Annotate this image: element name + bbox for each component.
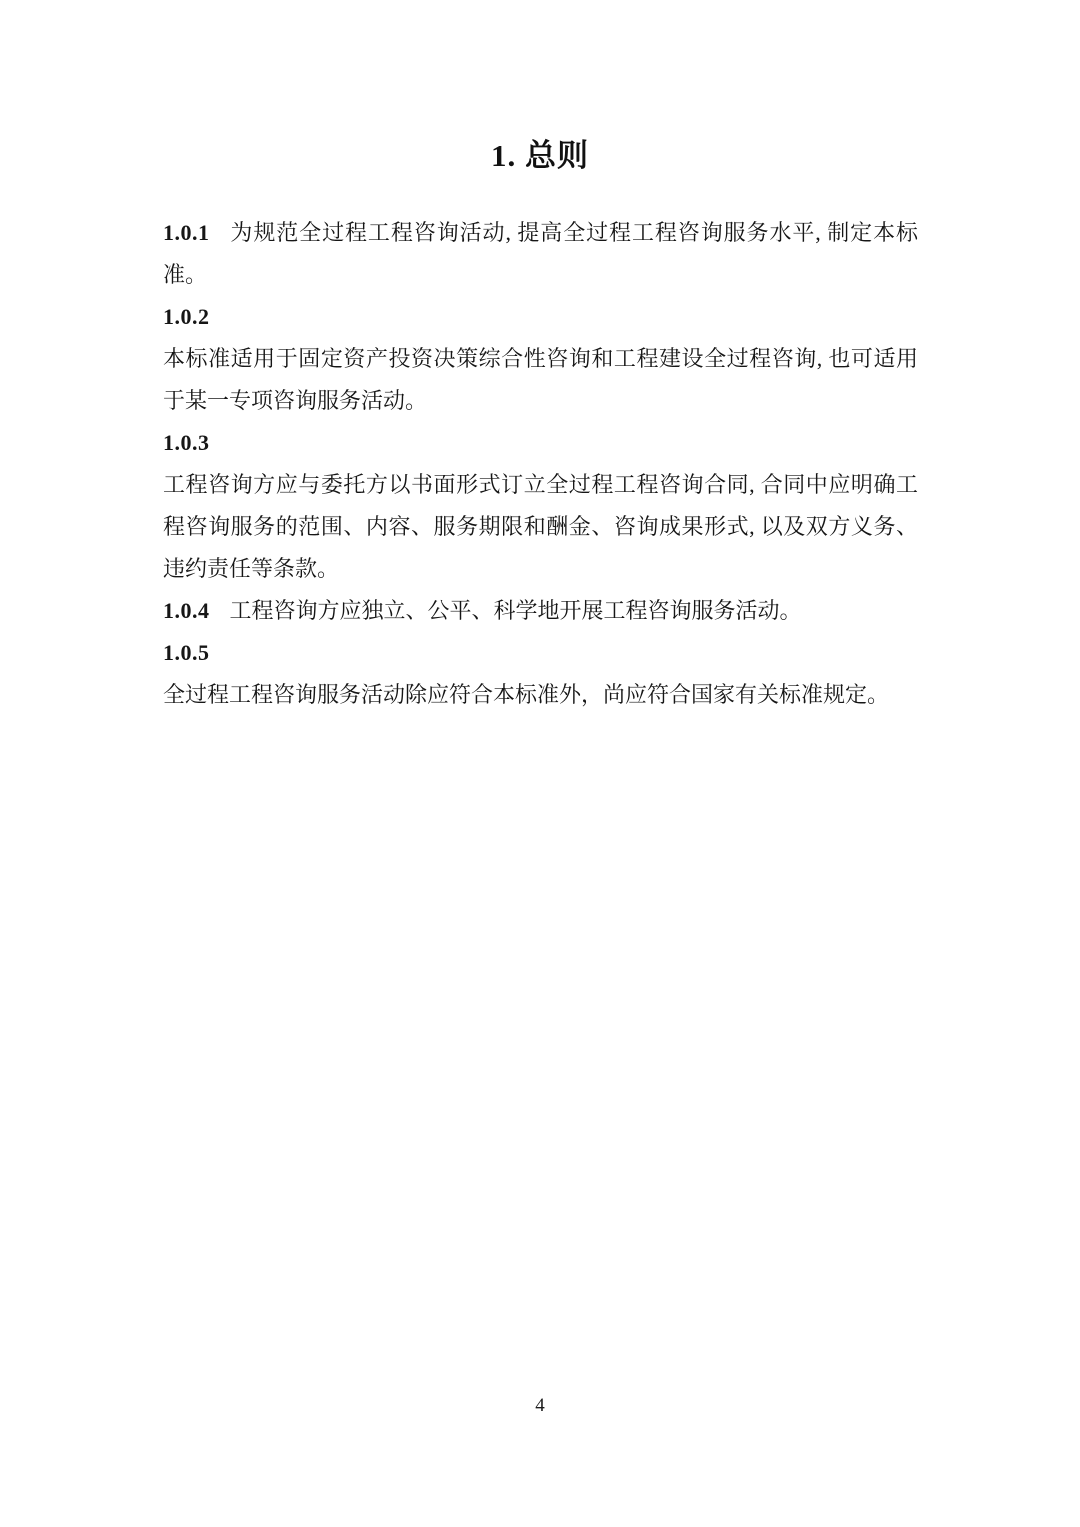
clause-text: 为规范全过程工程咨询活动, 提高全过程工程咨询服务水平, 制定本标准。 [163,220,918,287]
clause-number-1-0-2: 1.0.2 [163,296,918,338]
clause-number-1-0-5: 1.0.5 [163,632,918,674]
clause-text-1-0-3: 工程咨询方应与委托方以书面形式订立全过程工程咨询合同, 合同中应明确工程咨询服务… [163,464,918,590]
section-title: 1. 总则 [0,0,1080,174]
clause-1-0-1: 1.0.1为规范全过程工程咨询活动, 提高全过程工程咨询服务水平, 制定本标准。 [163,212,918,296]
page-number: 4 [0,1395,1080,1417]
clause-number: 1.0.4 [163,598,230,623]
clause-text-1-0-2: 本标准适用于固定资产投资决策综合性咨询和工程建设全过程咨询, 也可适用于某一专项… [163,338,918,422]
document-body: 1.0.1为规范全过程工程咨询活动, 提高全过程工程咨询服务水平, 制定本标准。… [163,212,918,716]
clause-1-0-4: 1.0.4工程咨询方应独立、公平、科学地开展工程咨询服务活动。 [163,590,918,632]
clause-text-1-0-5: 全过程工程咨询服务活动除应符合本标准外，尚应符合国家有关标准规定。 [163,674,918,716]
clause-text: 工程咨询方应独立、公平、科学地开展工程咨询服务活动。 [230,598,802,623]
clause-number: 1.0.1 [163,220,230,245]
clause-number-1-0-3: 1.0.3 [163,422,918,464]
document-page: 1. 总则 1.0.1为规范全过程工程咨询活动, 提高全过程工程咨询服务水平, … [0,0,1080,1527]
